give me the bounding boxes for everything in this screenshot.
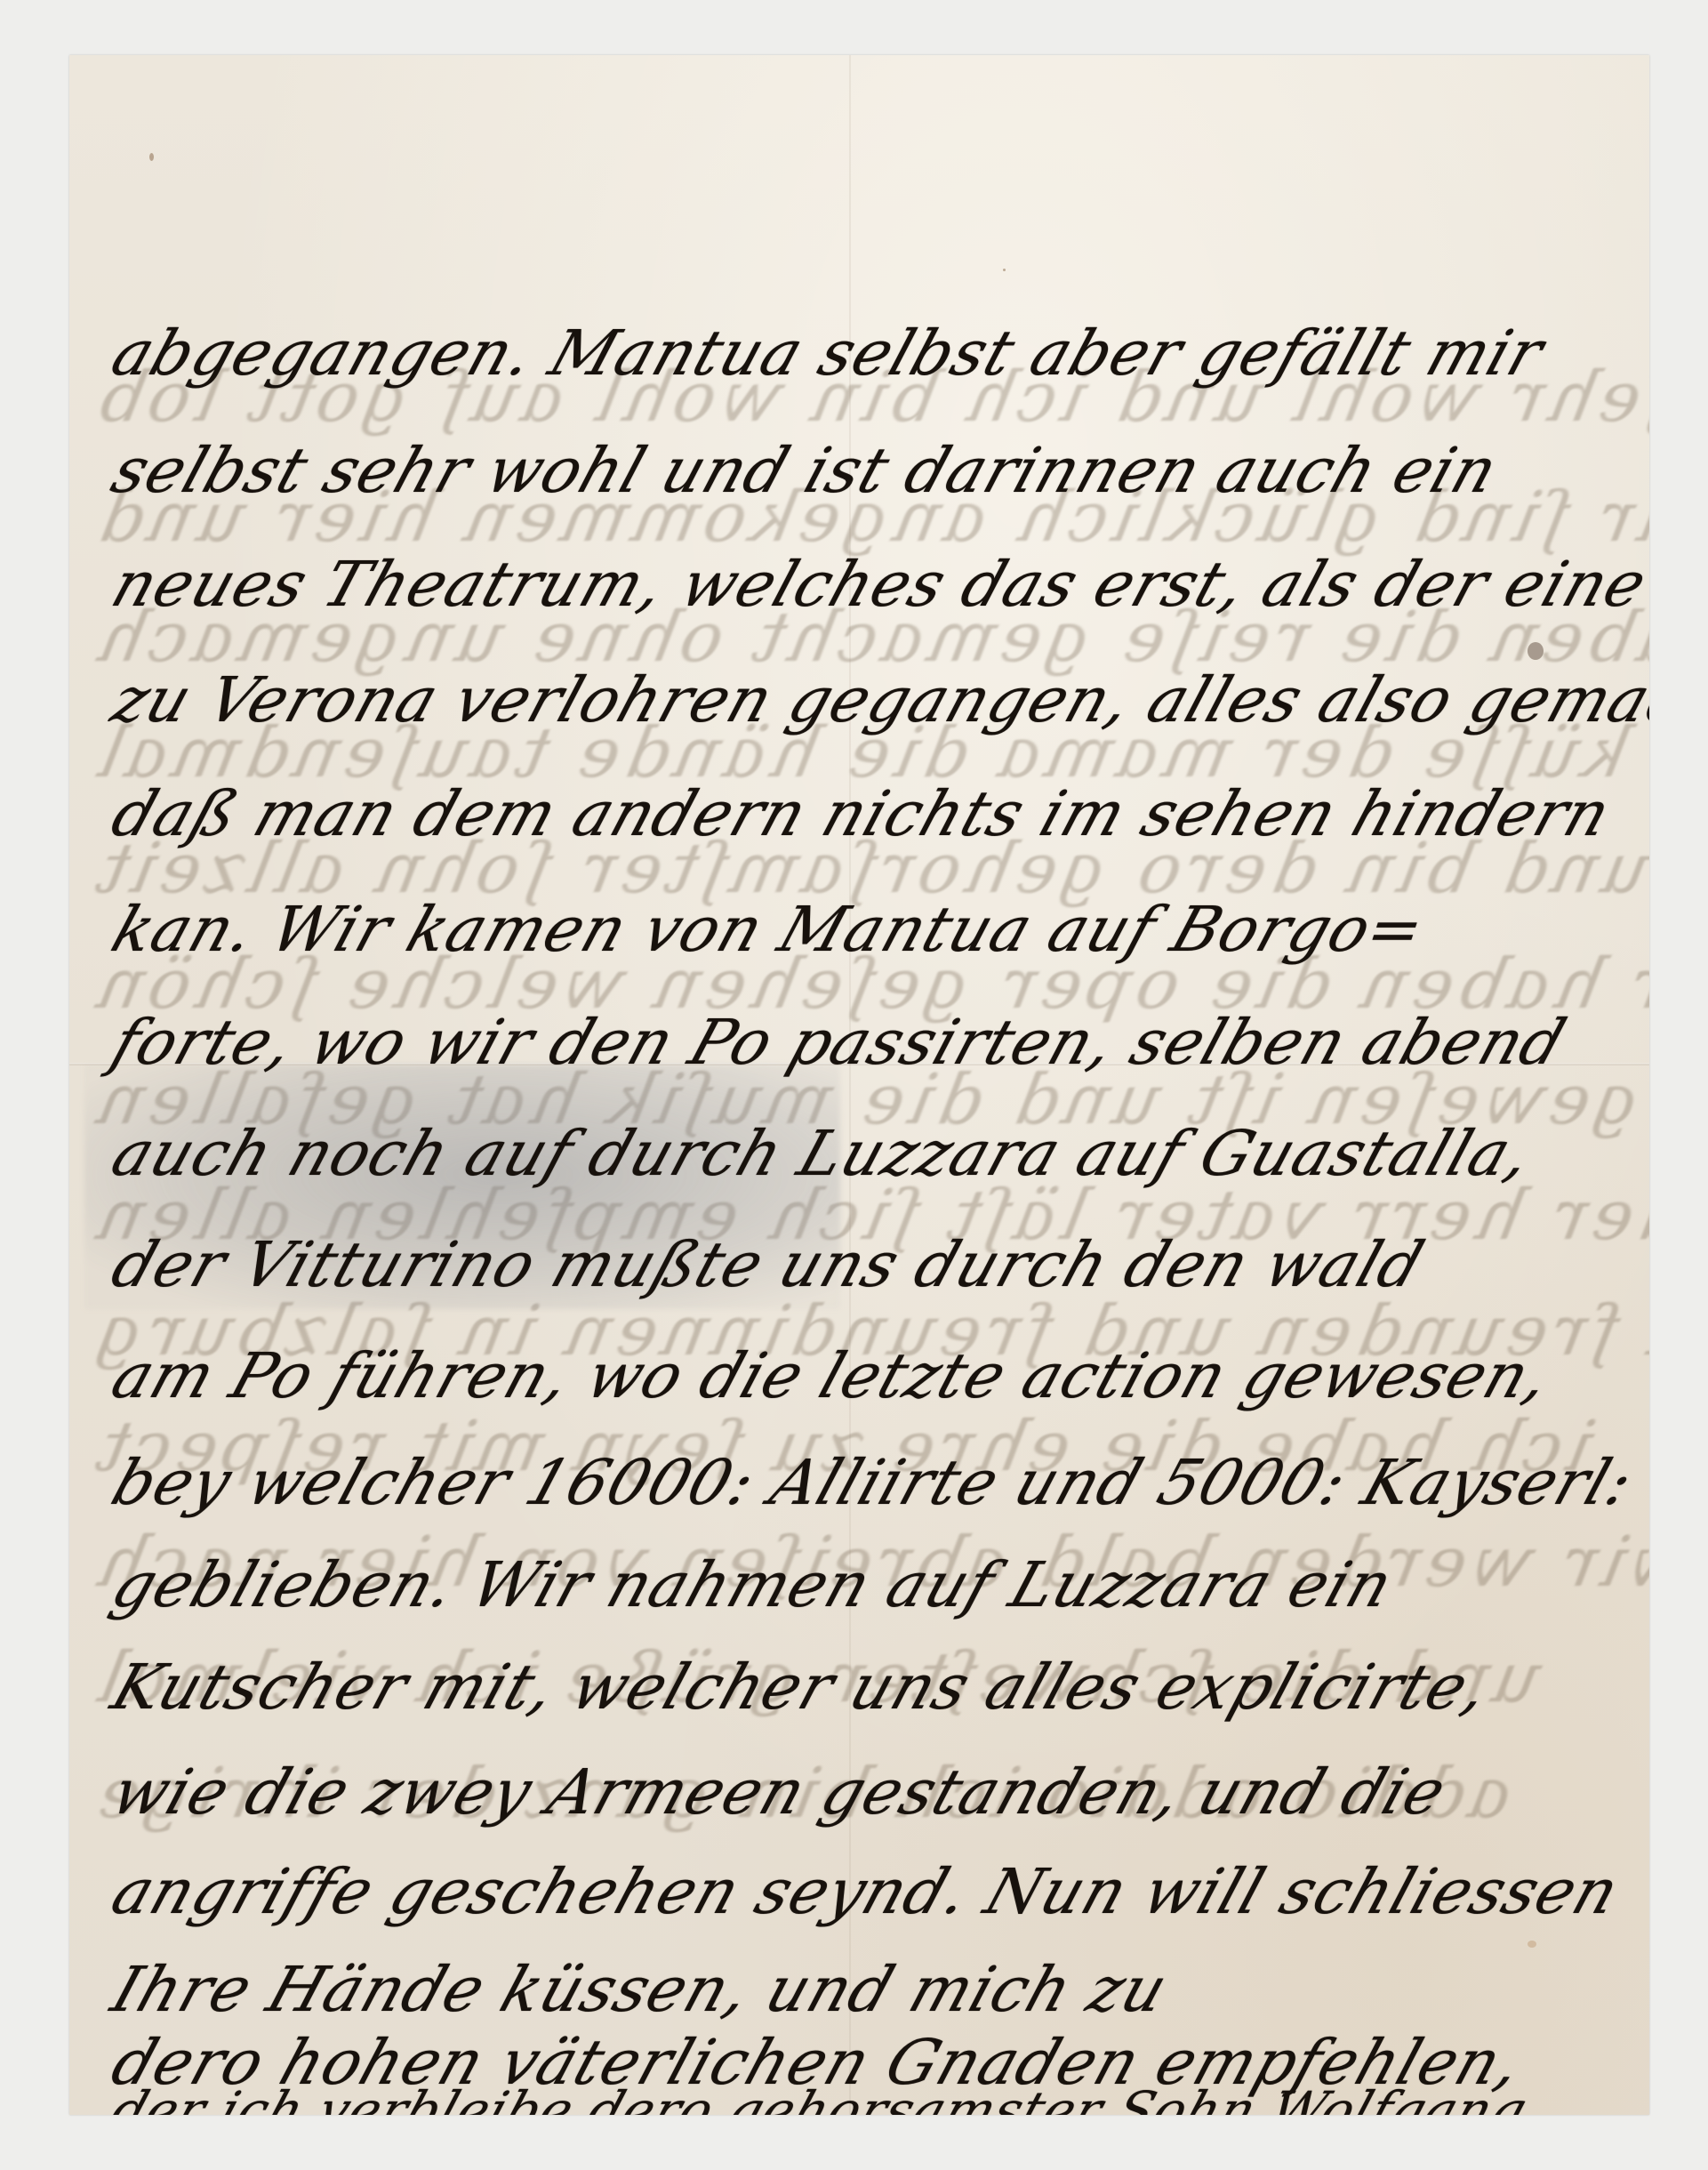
letter-line-8: auch noch auf durch Luzzara auf Guastall… <box>105 1122 1649 1185</box>
letter-line-9: der Vitturino mußte uns durch den wald <box>105 1234 1649 1296</box>
letter-line-6: kan. Wir kamen von Mantua auf Borgo= <box>105 898 1649 960</box>
letter-body: abgegangen. Mantua selbst aber gefällt m… <box>69 55 1649 2115</box>
letter-line-18: der ich verbleibe dero gehorsamster Sohn… <box>105 2085 1649 2115</box>
letter-line-16: Ihre Hände küssen, und mich zu <box>105 1958 1649 2021</box>
letter-line-4: zu Verona verlohren gegangen, alles also… <box>105 669 1649 731</box>
letter-line-12: geblieben. Wir nahmen auf Luzzara ein <box>105 1554 1649 1616</box>
letter-line-14: wie die zwey Armeen gestanden, und die <box>105 1761 1649 1823</box>
letter-line-11: bey welcher 16000: Alliirte und 5000: Ka… <box>105 1451 1649 1514</box>
letter-page: ſehr wohl und ich bin wohl auf gott lob … <box>69 55 1649 2115</box>
letter-line-10: am Po führen, wo die letzte action gewes… <box>105 1345 1649 1407</box>
letter-line-5: daß man dem andern nichts im sehen hinde… <box>105 783 1649 845</box>
letter-line-13: Kutscher mit, welcher uns alles explicir… <box>105 1656 1649 1718</box>
letter-line-15: angriffe geschehen seynd. Nun will schli… <box>105 1861 1649 1923</box>
letter-line-2: selbst sehr wohl und ist darinnen auch e… <box>105 439 1649 502</box>
letter-line-1: abgegangen. Mantua selbst aber gefällt m… <box>105 322 1649 384</box>
letter-line-3: neues Theatrum, welches das erst, als de… <box>105 553 1649 615</box>
letter-line-7: forte, wo wir den Po passirten, selben a… <box>105 1011 1649 1073</box>
